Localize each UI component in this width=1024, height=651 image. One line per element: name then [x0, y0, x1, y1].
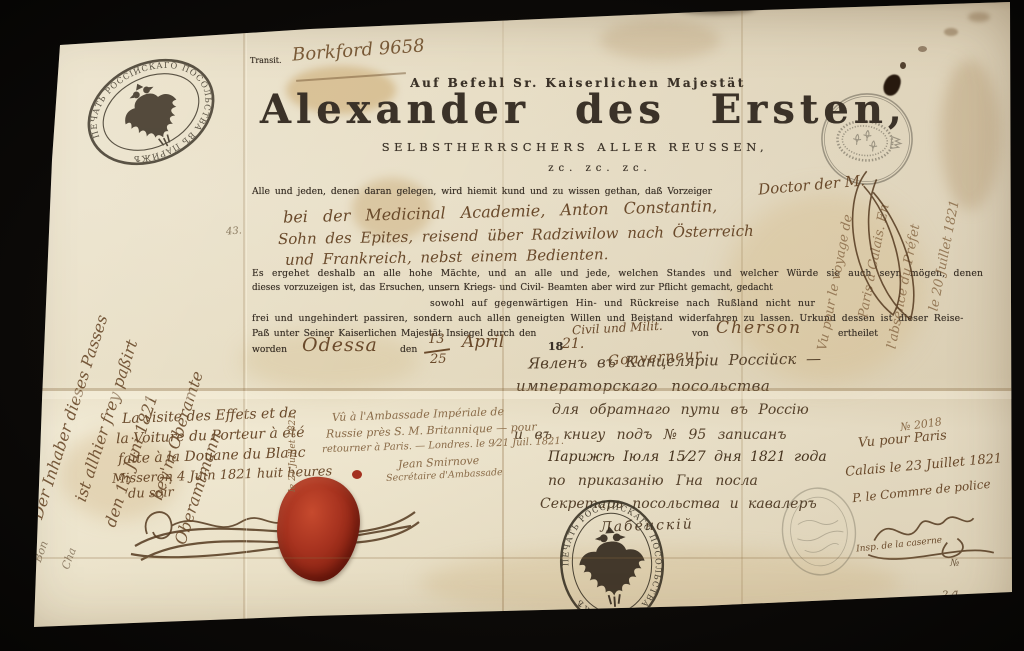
body-line-3: dieses vorzuzeigen ist, das Ersuchen, un… [252, 283, 773, 293]
document-title: Alexander des Ersten, [260, 86, 880, 133]
cyrillic-visa-line: императорскаго посольства [516, 377, 770, 395]
corner-mark-number: № [950, 558, 959, 569]
cyrillic-visa-line: по приказанію Гна посла [548, 473, 758, 489]
transit-label: Transit. [250, 56, 282, 65]
body-line-4: sowohl auf gegenwärtigen Hin- und Rückre… [430, 298, 815, 309]
insert-day-old: 13 [428, 332, 445, 347]
photo-stage: ПЕЧАТЬ РОССІЙСКАГО ПОСОЛЬСТВА ВЪ ПАРИЖѢ … [0, 0, 1024, 651]
insert-month: April [462, 332, 504, 352]
corner-mark-fraction: 2 ⁄1 [942, 590, 960, 601]
insert-name-line: bei der Medicinal Academie, Anton Consta… [283, 196, 718, 226]
stain [600, 20, 720, 60]
year-suffix: 21. [562, 336, 584, 352]
calais-faint-stamp [773, 480, 865, 584]
side-note-small: le 21 Juillet 1821 [288, 414, 298, 492]
cyrillic-visa-line: Парижѣ Іюля 15⁄27 дня 1821 года [548, 449, 827, 465]
insert-route-line-2: und Frankreich, nebst einem Bedienten. [285, 245, 609, 269]
word-von: von [692, 328, 709, 339]
pencil-mark-43: 43. [226, 225, 243, 237]
etcetera-line: zc. zc. zc. [520, 163, 680, 174]
london-visa-line: Vû à l'Ambassade Impériale de [332, 405, 504, 424]
insert-place: Cherson [716, 318, 802, 338]
word-den: den [400, 344, 417, 355]
calais-vu-pour: Vu pour Paris [858, 428, 948, 451]
calais-dateline: Calais le 23 Juillet 1821 [845, 451, 1003, 480]
registry-number: Borkford 9658 [291, 35, 425, 65]
cyrillic-visa-line: для обратнаго пути въ Россію [552, 402, 809, 418]
insert-day-new: 25 [430, 352, 447, 367]
cyrillic-visa-line: Явленъ въ Канцеляріи Россійск — [528, 349, 821, 372]
wax-droplet [352, 470, 362, 479]
russian-embassy-stamp-bottom: ПЕЧАТЬ РОССІЙСКАГО ПОСОЛЬСТВА ВЪ ПАРИЖѢ [552, 493, 673, 632]
ink-smear [676, 0, 756, 14]
document-subtitle: SELBSTHERRSCHERS ALLER REUSSEN, [340, 140, 810, 154]
insert-city: Odessa [302, 334, 378, 356]
registry-underline [296, 72, 406, 82]
passport-document-sheet: ПЕЧАТЬ РОССІЙСКАГО ПОСОЛЬСТВА ВЪ ПАРИЖѢ … [0, 0, 1024, 651]
insert-route-line: Sohn des Epites, reisend über Radziwilow… [278, 222, 754, 248]
